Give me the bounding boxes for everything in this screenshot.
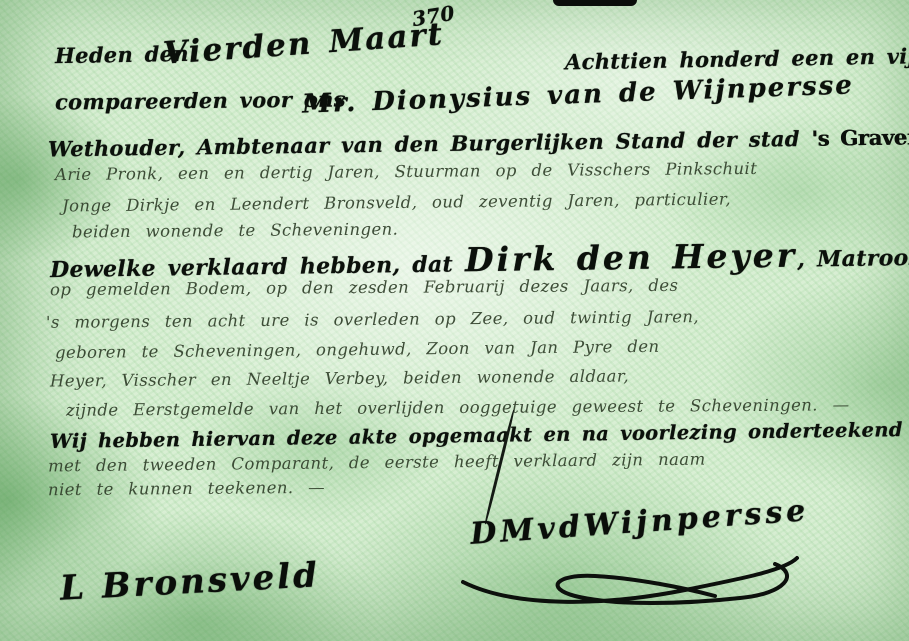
year-in-words: Achttien honderd een en vijftig: [565, 43, 909, 75]
registrar-signature: DMvdWijnpersse: [469, 493, 810, 552]
registrar-title: Wethouder, Ambtenaar van den Burgerlijke…: [48, 126, 800, 161]
day-month-flourish: Vierden Maart: [162, 16, 445, 72]
deceased-occupation: , Matroos: [797, 245, 909, 273]
declarant-line-3: beiden wonende te Scheveningen.: [72, 220, 398, 242]
comparant-signature: L Bronsveld: [59, 555, 321, 609]
body-line-5: zijnde Eerstgemelde van het overlijden o…: [66, 395, 850, 419]
deceased-name: Dirk den Heyer: [465, 236, 798, 280]
registrar-name: Mr. Dionysius van de Wijnpersse: [302, 70, 855, 119]
closing-line-2: met den tweeden Comparant, de eerste hee…: [48, 450, 706, 476]
declarant-line-1: Arie Pronk, een en dertig Jaren, Stuurma…: [55, 159, 757, 184]
body-line-1: op gemelden Bodem, op den zesden Februar…: [50, 276, 678, 299]
city-name: 's Gravenhage: [811, 124, 909, 151]
body-line-3: geboren te Scheveningen, ongehuwd, Zoon …: [55, 337, 660, 362]
body-line-4: Heyer, Visscher en Neeltje Verbey, beide…: [50, 366, 629, 390]
signature-flourish: [455, 548, 805, 610]
registrar-title-line: Wethouder, Ambtenaar van den Burgerlijke…: [48, 124, 909, 162]
body-line-2: 's morgens ten acht ure is overleden op …: [46, 307, 699, 332]
declarant-line-2: Jonge Dirkje en Leendert Bronsveld, oud …: [62, 189, 731, 215]
closing-line-3: niet te kunnen teekenen. —: [48, 478, 325, 499]
ink-smudge: [553, 0, 637, 6]
closing-line-1: Wij hebben hiervan deze akte opgemaakt e…: [50, 418, 903, 453]
death-record-scan: 370 Heden den Vierden Maart Achttien hon…: [0, 0, 909, 641]
